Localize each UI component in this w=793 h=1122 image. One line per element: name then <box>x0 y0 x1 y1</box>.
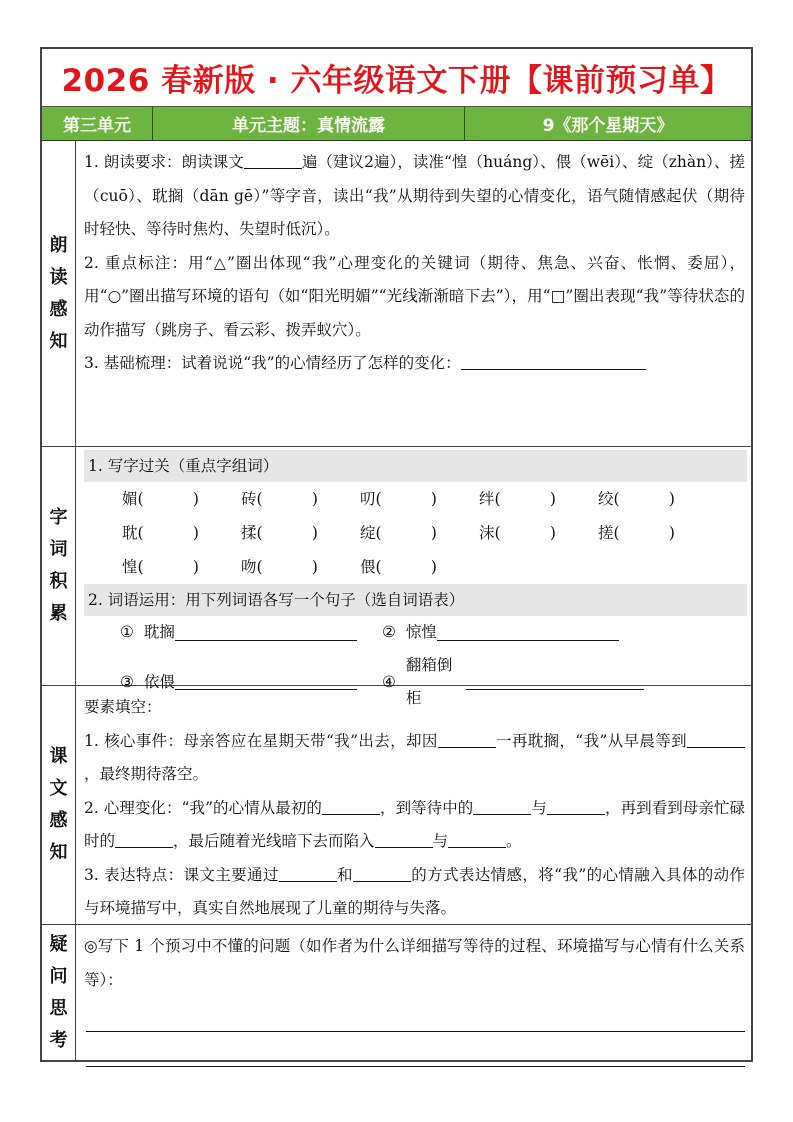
fill-blank[interactable] <box>547 798 605 815</box>
fill-blank[interactable] <box>175 624 357 641</box>
fill-blank[interactable] <box>448 832 506 849</box>
fill-blank[interactable] <box>437 624 619 641</box>
subsection-title: 1. 写字过关（重点字组词） <box>84 450 747 482</box>
fill-blank[interactable] <box>687 731 745 748</box>
char-row: 惶( ) 吻( ) 偎( ) <box>122 550 745 584</box>
subsection-title: 2. 词语运用：用下列词语各写一个句子（选自词语表） <box>84 584 747 616</box>
fill-blank[interactable] <box>473 798 531 815</box>
fill-blank[interactable] <box>438 731 496 748</box>
section-content: 1. 写字过关（重点字组词） 媚( ) 砖( ) 叨( ) 绊( ) 绞( ) … <box>76 447 751 685</box>
word-usage-item: ①耽搁 <box>120 616 382 649</box>
char-cell[interactable]: 耽( ) <box>122 516 241 550</box>
section-label: 朗 读 感 知 <box>42 141 76 446</box>
reading-requirement: 1. 朗读要求：朗读课文遍（建议2遍），读准“惶（huáng）、偎（wēi）、绽… <box>84 146 745 247</box>
fill-blank[interactable] <box>244 153 302 170</box>
char-cell[interactable]: 叨( ) <box>360 482 479 516</box>
section-reading-perception: 朗 读 感 知 1. 朗读要求：朗读课文遍（建议2遍），读准“惶（huáng）、… <box>42 141 751 447</box>
section-label: 课 文 感 知 <box>42 686 76 924</box>
worksheet: 2026 春新版 · 六年级语文下册【课前预习单】 第三单元 单元主题：真情流露… <box>40 47 753 1062</box>
lesson-title: 9《那个星期天》 <box>465 107 751 140</box>
char-cell[interactable]: 绞( ) <box>598 482 717 516</box>
section-text-perception: 课 文 感 知 要素填空： 1. 核心事件：母亲答应在星期天带“我”出去，却因一… <box>42 686 751 925</box>
section-questions: 疑 问 思 考 ◎写下 1 个预习中不懂的问题（如作者为什么详细描写等待的过程、… <box>42 925 751 1060</box>
word-usage-item: ②惊惶 <box>382 616 644 649</box>
fill-blank[interactable] <box>461 354 646 371</box>
answer-line[interactable] <box>86 1032 745 1067</box>
char-row: 耽( ) 揉( ) 绽( ) 沫( ) 搓( ) <box>122 516 745 550</box>
unit-info-bar: 第三单元 单元主题：真情流露 9《那个星期天》 <box>42 107 751 141</box>
char-cell[interactable]: 揉( ) <box>241 516 360 550</box>
char-cell[interactable]: 绊( ) <box>479 482 598 516</box>
section-label: 疑 问 思 考 <box>42 925 76 1060</box>
worksheet-title: 2026 春新版 · 六年级语文下册【课前预习单】 <box>42 49 751 107</box>
core-event: 1. 核心事件：母亲答应在星期天带“我”出去，却因一再耽搁，“我”从早晨等到，最… <box>84 725 745 792</box>
char-cell[interactable]: 媚( ) <box>122 482 241 516</box>
section-content: 要素填空： 1. 核心事件：母亲答应在星期天带“我”出去，却因一再耽搁，“我”从… <box>76 686 751 924</box>
section-content: ◎写下 1 个预习中不懂的问题（如作者为什么详细描写等待的过程、环境描写与心情有… <box>76 925 751 1060</box>
section-content: 1. 朗读要求：朗读课文遍（建议2遍），读准“惶（huáng）、偎（wēi）、绽… <box>76 141 751 446</box>
key-marking: 2. 重点标注：用“△”圈出体现“我”心理变化的关键词（期待、焦急、兴奋、怅惘、… <box>84 247 745 348</box>
char-row: 媚( ) 砖( ) 叨( ) 绊( ) 绞( ) <box>122 482 745 516</box>
unit-theme: 单元主题：真情流露 <box>153 107 465 140</box>
char-cell[interactable]: 搓( ) <box>598 516 717 550</box>
unit-label: 第三单元 <box>42 107 153 140</box>
char-cell[interactable]: 砖( ) <box>241 482 360 516</box>
char-cell[interactable]: 绽( ) <box>360 516 479 550</box>
fill-blank[interactable] <box>353 865 411 882</box>
question-prompt: ◎写下 1 个预习中不懂的问题（如作者为什么详细描写等待的过程、环境描写与心情有… <box>84 930 745 997</box>
intro: 要素填空： <box>84 691 745 725</box>
char-cell[interactable]: 惶( ) <box>122 550 241 584</box>
fill-blank[interactable] <box>279 865 337 882</box>
fill-blank[interactable] <box>115 832 173 849</box>
section-label: 字 词 积 累 <box>42 447 76 685</box>
char-grid: 媚( ) 砖( ) 叨( ) 绊( ) 绞( ) 耽( ) 揉( ) 绽( ) <box>84 482 745 584</box>
char-cell[interactable]: 偎( ) <box>360 550 479 584</box>
fill-blank[interactable] <box>322 798 380 815</box>
expression-features: 3. 表达特点：课文主要通过和的方式表达情感，将“我”的心情融入具体的动作与环境… <box>84 859 745 926</box>
mood-change: 2. 心理变化：“我”的心情从最初的，到等待中的与，再到看到母亲忙碌时的，最后随… <box>84 792 745 859</box>
section-vocabulary: 字 词 积 累 1. 写字过关（重点字组词） 媚( ) 砖( ) 叨( ) 绊(… <box>42 447 751 686</box>
basic-review: 3. 基础梳理：试着说说“我”的心情经历了怎样的变化： <box>84 347 745 381</box>
fill-blank[interactable] <box>375 832 433 849</box>
answer-line[interactable] <box>86 997 745 1032</box>
char-cell[interactable]: 吻( ) <box>241 550 360 584</box>
char-cell[interactable]: 沫( ) <box>479 516 598 550</box>
word-usage-row: ①耽搁 ②惊惶 <box>84 616 745 649</box>
